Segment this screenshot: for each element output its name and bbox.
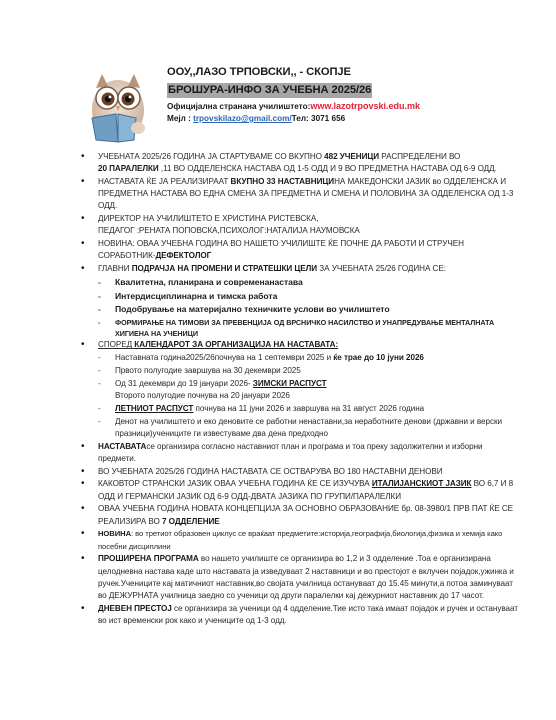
list-item-teaching-days: • ВО УЧЕБНАТА 2025/26 ГОДИНА НАСТАВАТА С…	[60, 466, 522, 478]
list-item-extended-program: • ПРОШИРЕНА ПРОГРАМА во нашето училиште …	[60, 553, 522, 602]
sub-item-goal: -Интердисциплинарна и тимска работа	[60, 290, 522, 303]
bullet-icon: •	[81, 603, 84, 615]
sub-item-calendar: -Првото полугодие завршува на 30 декемвр…	[60, 365, 522, 377]
bullet-icon: •	[81, 339, 84, 351]
bullet-icon: •	[81, 213, 84, 225]
list-item-new-concept: • ОВАА УЧЕБНА ГОДИНА НОВАТА КОНЦЕПЦИЈА З…	[60, 503, 522, 527]
sub-item-calendar: -Од 31 декември до 19 јануари 2026- ЗИМС…	[60, 378, 522, 402]
bullet-icon: •	[81, 263, 84, 275]
school-name: ООУ,,ЛАЗО ТРПОВСКИ,, - СКОПЈЕ	[167, 65, 547, 80]
sub-item-goal: -Квалитетна, планирана и современанастав…	[60, 276, 522, 289]
list-item-teachers: • НАСТАВАТА ЌЕ ЈА РЕАЛИЗИРААТ ВКУПНО 33 …	[60, 176, 522, 213]
list-item-students: • УЧЕБНАТА 2025/26 ГОДИНА ЈА СТАРТУВАМЕ …	[60, 151, 522, 175]
bullet-icon: •	[81, 528, 84, 540]
bullet-icon: •	[81, 478, 84, 490]
list-item-teaching: • НАСТАВАТАсе организира согласно настав…	[60, 441, 522, 465]
brochure-page: ООУ,,ЛАЗО ТРПОВСКИ,, - СКОПЈЕ БРОШУРА-ИН…	[0, 0, 556, 720]
brochure-title: БРОШУРА-ИНФО ЗА УЧЕБНА 2025/26	[167, 83, 372, 98]
list-item-news-subjects: • НОВИНА: во третиот образовен циклус се…	[60, 528, 522, 552]
sub-item-goal: -ФОРМИРАЊЕ НА ТИМОВИ ЗА ПРЕВЕНЦИЈА ОД ВР…	[60, 317, 522, 339]
email-link[interactable]: trpovskilazo@gmail.com/	[193, 114, 292, 123]
website-line: Официјална странана училиштето:www.lazot…	[167, 100, 547, 113]
sub-item-calendar: -Наставната година2025/26почнува на 1 се…	[60, 352, 522, 364]
phone: Тел: 3071 656	[292, 114, 346, 123]
header: ООУ,,ЛАЗО ТРПОВСКИ,, - СКОПЈЕ БРОШУРА-ИН…	[167, 65, 547, 125]
bullet-icon: •	[81, 553, 84, 565]
list-item-foreign-language: • КАКОВТОР СТРАНСКИ ЈАЗИК ОВАА УЧЕБНА ГО…	[60, 478, 522, 502]
bullet-icon: •	[81, 238, 84, 250]
website-label: Официјална странана училиштето:	[167, 102, 310, 111]
bullet-icon: •	[81, 441, 84, 453]
website-link[interactable]: www.lazotrpovski.edu.mk	[310, 101, 420, 111]
owl-with-book-icon	[86, 66, 150, 146]
sub-item-goal: -Подобрување на материјално техничките у…	[60, 303, 522, 316]
sub-item-calendar: -Денот на училиштето и еко деновите се р…	[60, 416, 522, 440]
bullet-icon: •	[81, 503, 84, 515]
sub-item-calendar: -ЛЕТНИОТ РАСПУСТ почнува на 11 јуни 2026…	[60, 403, 522, 415]
email-label: Мејл :	[167, 114, 193, 123]
list-item-daily-stay: • ДНЕВЕН ПРЕСТОЈ се организира за учениц…	[60, 603, 522, 627]
list-item-strategic-goals: • ГЛАВНИ ПОДРАЧЈА НА ПРОМЕНИ И СТРАТЕШКИ…	[60, 263, 522, 275]
list-item-news-defectologist: • НОВИНА: ОВАА УЧЕБНА ГОДИНА ВО НАШЕТО У…	[60, 238, 522, 262]
bullet-icon: •	[81, 466, 84, 478]
list-item-calendar: • СПОРЕД КАЛЕНДАРОТ ЗА ОРГАНИЗАЦИЈА НА Н…	[60, 339, 522, 351]
bullet-icon: •	[81, 176, 84, 188]
contact-line: Мејл : trpovskilazo@gmail.com/Тел: 3071 …	[167, 113, 547, 125]
bullet-icon: •	[81, 151, 84, 163]
info-list: • УЧЕБНАТА 2025/26 ГОДИНА ЈА СТАРТУВАМЕ …	[60, 151, 522, 628]
list-item-staff: • ДИРЕКТОР НА УЧИЛИШТЕТО Е ХРИСТИНА РИСТ…	[60, 213, 522, 237]
